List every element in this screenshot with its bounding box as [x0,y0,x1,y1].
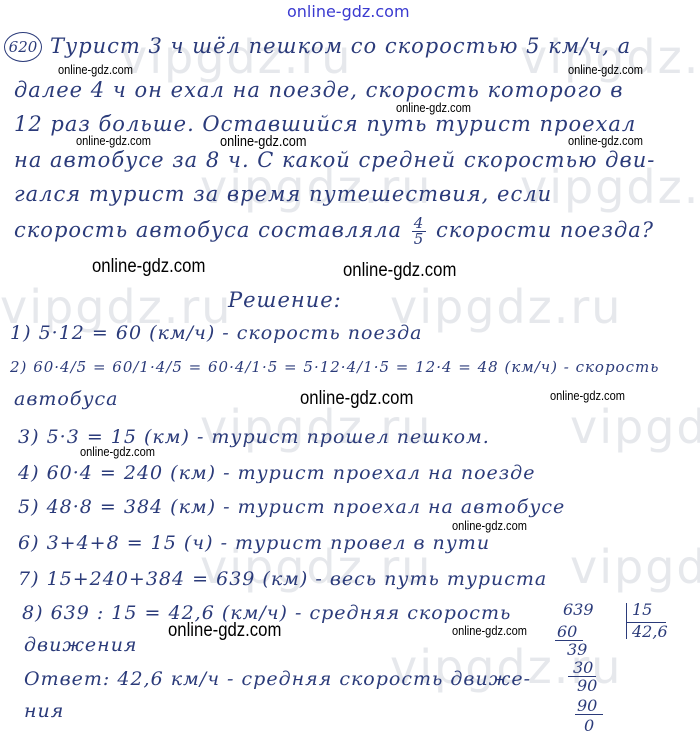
problem-line-text: скорость автобуса составляла [14,218,402,242]
watermark: online-gdz.com [452,623,527,638]
watermark: online-gdz.com [343,260,456,282]
problem-line-text: скорости поезда? [436,218,654,242]
solution-step: 7) 15+240+384 = 639 (км) - весь путь тур… [18,568,547,590]
division-line [568,676,596,677]
answer: Ответ: 42,6 км/ч - средняя скорость движ… [24,668,531,690]
watermark: online-gdz.com [396,100,471,115]
solution-heading: Решение: [228,288,342,312]
watermark: online-gdz.com [300,388,413,410]
division-bar [626,622,666,623]
watermark: online-gdz.com [76,133,151,148]
problem-line: на автобусе за 8 ч. С какой средней скор… [14,148,655,172]
solution-step: 1) 5·12 = 60 (км/ч) - скорость поезда [10,322,422,344]
watermark: online-gdz.com [452,518,527,533]
division-bar [626,603,627,639]
homework-page: vipgdz.ru vipgdz.ru vipgdz.ru vipgdz.ru … [0,0,700,736]
watermark: online-gdz.com [92,256,205,278]
solution-step-cont: движения [24,634,138,656]
solution-step-cont: автобуса [14,388,118,410]
watermark: online-gdz.com [568,133,643,148]
problem-line: далее 4 ч он ехал на поезде, скорость ко… [14,78,623,102]
watermark: online-gdz.com [80,444,155,459]
background-watermark: vipgdz.ru [570,540,700,594]
answer-cont: ния [24,700,64,722]
background-watermark: vipgdz.ru [390,280,622,334]
problem-line: Турист 3 ч шёл пешком со скоростью 5 км/… [50,34,631,58]
solution-step: 4) 60·4 = 240 (км) - турист проехал на п… [18,462,535,484]
problem-number: 620 [4,32,42,62]
watermark: online-gdz.com [220,133,306,150]
problem-line: скорость автобуса составляла 45 скорости… [14,216,654,247]
watermark: online-gdz.com [168,620,281,642]
division-line [555,640,583,641]
watermark: online-gdz.com [58,62,133,77]
solution-step: 2) 60·4/5 = 60/1·4/5 = 60·4/1·5 = 5·12·4… [10,358,659,376]
background-watermark: vipgdz.ru [570,400,700,454]
solution-step: 5) 48·8 = 384 (км) - турист проехал на а… [18,496,565,518]
watermark: online-gdz.com [550,388,625,403]
top-watermark: online-gdz.com [287,2,410,21]
fraction: 45 [412,216,427,247]
solution-step: 6) 3+4+8 = 15 (ч) - турист провел в пути [18,532,490,554]
problem-line: гался турист за время путешествия, если [14,182,552,206]
watermark: online-gdz.com [568,62,643,77]
division-line [575,714,603,715]
